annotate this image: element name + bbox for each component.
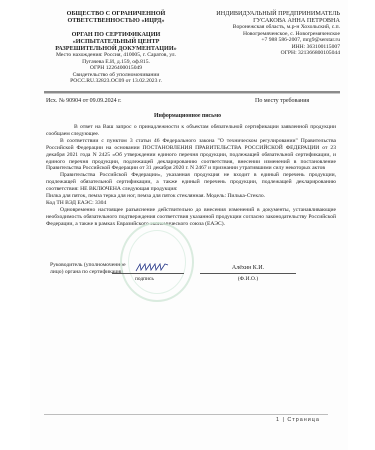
- recipient-address1: Воронежская область, м.р-н Хохольский, с…: [190, 24, 340, 31]
- recipient-header: ИНДИВИДУАЛЬНЫЙ ПРЕДПРИНИМАТЕЛЬ ГУСАКОВА …: [190, 10, 340, 57]
- issuer-address-line1: Место нахождения: Россия, 410005, г. Сар…: [40, 52, 192, 59]
- paragraph-2: В соответствии с пунктом 3 статьи 46 Фед…: [46, 138, 336, 173]
- fio-caption: (Ф.И.О.): [200, 276, 296, 282]
- recipient-line1: ИНДИВИДУАЛЬНЫЙ ПРЕДПРИНИМАТЕЛЬ: [190, 10, 340, 17]
- org-name-line2: ОТВЕТСТВЕННОСТЬЮ «ИЦРД»: [40, 17, 192, 24]
- header-divider: [44, 91, 340, 94]
- paragraph-4: Одновременно настоящее разъяснение дейст…: [46, 207, 336, 228]
- issuer-cert-line2: РОСС.RU.32823.ОС09 от 13.02.2023 г.: [40, 78, 192, 85]
- paragraph-3: Правительства Российской Федерации», ука…: [46, 172, 336, 193]
- signature-caption: подпись: [135, 276, 154, 282]
- issuer-ogrn: ОГРН 1226400015049: [40, 65, 192, 72]
- product-line: Пилка для пяток, пемза терка для ног, пе…: [46, 193, 336, 200]
- recipient-address2: Новогремяченское, с. Новогремяченское: [190, 31, 340, 38]
- page-number: 1 | Страница: [276, 417, 320, 423]
- destination: По месту требования: [255, 98, 309, 104]
- cert-body-line3: РАЗРЕШИТЕЛЬНОЙ ДОКУМЕНТАЦИИ»: [40, 45, 192, 52]
- cert-body-line1: ОРГАН ПО СЕРТИФИКАЦИИ: [40, 31, 192, 38]
- tn-ved-code: Код ТН ВЭД ЕАЭС: 3304: [46, 200, 336, 207]
- signature-icon: [135, 262, 169, 272]
- recipient-inn: ИНН: 363100115007: [190, 44, 340, 51]
- letter-title: Информационное письмо: [0, 113, 375, 119]
- issuer-address-line2: Пугачева Е.И, д.159, оф.815.: [40, 59, 192, 66]
- paragraph-1: В ответ на Ваш запрос о принадлежности к…: [46, 124, 336, 138]
- signature-line: [112, 273, 184, 274]
- reference-number: Исх. № 90904 от 09.09.2024 г.: [46, 98, 121, 104]
- letter-body: В ответ на Ваш запрос о принадлежности к…: [46, 124, 336, 228]
- recipient-ogrn: ОГРН: 321366800105044: [190, 50, 340, 57]
- name-line: [200, 273, 296, 274]
- recipient-line2: ГУСАКОВА АННА ПЕТРОВНА: [190, 17, 340, 24]
- org-name-line1: ОБЩЕСТВО С ОГРАНИЧЕННОЙ: [40, 10, 192, 17]
- role-line2: лицо) органа по сертификации: [50, 269, 126, 276]
- footer-divider: [44, 414, 328, 415]
- issuer-cert-line1: Свидетельство об уполномочивании: [40, 72, 192, 79]
- cert-body-line2: «ИСПЫТАТЕЛЬНЫЙ ЦЕНТР: [40, 38, 192, 45]
- recipient-contact: +7 988 586-2007, mrg9@serstar.ru: [190, 37, 340, 44]
- signatory-name: Алёхин К.И.: [200, 265, 296, 271]
- role-line1: Руководитель (уполномоченное: [50, 262, 126, 269]
- issuer-header: ОБЩЕСТВО С ОГРАНИЧЕННОЙ ОТВЕТСТВЕННОСТЬЮ…: [40, 10, 192, 85]
